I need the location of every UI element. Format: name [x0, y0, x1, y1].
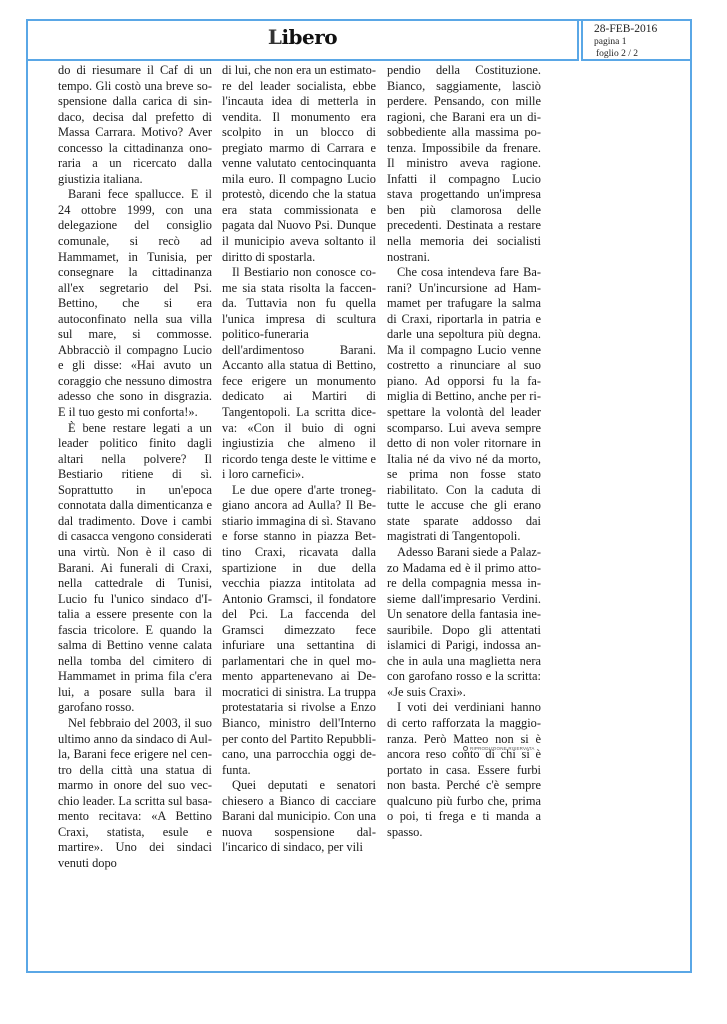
paragraph: pendio della Costituzione. Bianco, saggi…: [387, 63, 541, 265]
libero-logo: Libero: [28, 25, 577, 49]
paragraph: I voti dei verdiniani hanno di certo raf…: [387, 700, 541, 840]
logo-rest: ibero: [281, 25, 337, 49]
copyright-notice: RIPRODUZIONE RISERVATA: [463, 746, 535, 751]
paragraph: Nel febbraio del 2003, il suo ultimo ann…: [58, 716, 212, 871]
paragraph: Quei deputati e senatori chiesero a Bian…: [222, 778, 376, 856]
paragraph: Che cosa intendeva fare Ba­rani? Un'incu…: [387, 265, 541, 545]
article-column-2: di lui, che non era un estimato­re del l…: [222, 63, 376, 856]
paragraph: Il Bestiario non conosce co­me sia stata…: [222, 265, 376, 483]
paragraph: di lui, che non era un estimato­re del l…: [222, 63, 376, 265]
sheet-number: foglio 2 / 2: [594, 48, 690, 60]
paragraph: È bene restare legati a un lea­der polit…: [58, 421, 212, 716]
paragraph: Le due opere d'arte troneg­giano ancora …: [222, 483, 376, 778]
copyright-text: RIPRODUZIONE RISERVATA: [470, 746, 535, 751]
paragraph: Barani fece spallucce. E il 24 ottobre 1…: [58, 187, 212, 420]
paragraph: Adesso Barani siede a Palaz­zo Madama ed…: [387, 545, 541, 700]
publication-date: 28-FEB-2016: [594, 22, 690, 36]
masthead-box: Libero: [26, 19, 579, 61]
page-number: pagina 1: [594, 36, 690, 48]
article-column-3: pendio della Costituzione. Bianco, saggi…: [387, 63, 541, 840]
copyright-icon: [463, 746, 468, 751]
logo-first-letter: L: [268, 25, 282, 49]
article-column-1: do di riesumare il Caf di un tempo. Gli …: [58, 63, 212, 871]
page-info-box: 28-FEB-2016 pagina 1 foglio 2 / 2: [581, 19, 692, 61]
paragraph: do di riesumare il Caf di un tempo. Gli …: [58, 63, 212, 187]
